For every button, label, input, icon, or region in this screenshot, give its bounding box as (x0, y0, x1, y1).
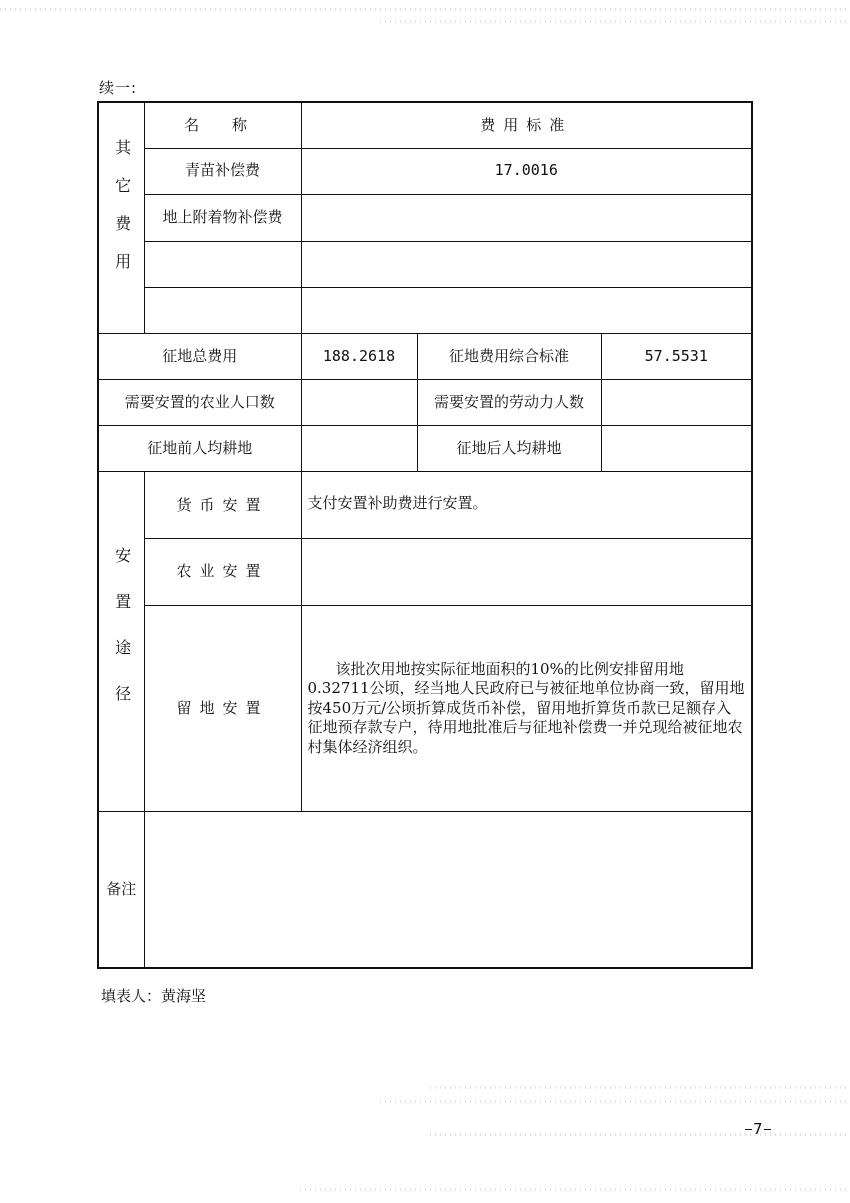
other-fees-section-label: 其它费用 (98, 102, 144, 333)
fee-row: 地上附着物补偿费 (98, 194, 752, 241)
composite-standard-value: 57.5531 (601, 333, 752, 379)
farmland-after-label: 征地后人均耕地 (417, 426, 601, 472)
resettlement-content-reserved-land: 该批次用地按实际征地面积的10%的比例安排留用地0.32711公顷，经当地人民政… (301, 605, 752, 811)
agri-population-value (301, 380, 417, 426)
agri-population-label: 需要安置的农业人口数 (98, 380, 301, 426)
resettlement-section-label: 安置途径 (98, 472, 144, 812)
remarks-label: 备注 (98, 812, 144, 969)
remarks-content (144, 812, 752, 969)
resettlement-label-agricultural: 农业安置 (144, 539, 301, 605)
resettlement-label-reserved-land: 留地安置 (144, 605, 301, 811)
farmland-before-value (301, 426, 417, 472)
labor-count-value (601, 380, 752, 426)
name-column-header: 名 称 (144, 102, 301, 148)
fee-standard (301, 241, 752, 287)
resettlement-label-monetary: 货币安置 (144, 472, 301, 539)
fee-name: 地上附着物补偿费 (144, 194, 301, 241)
total-fee-value: 188.2618 (301, 333, 417, 379)
fee-standard: 17.0016 (301, 148, 752, 194)
fee-row (98, 241, 752, 287)
farmland-after-value (601, 426, 752, 472)
continued-label: 续一: (99, 77, 137, 98)
fee-row (98, 287, 752, 333)
resettlement-content-agricultural (301, 539, 752, 605)
form-filler: 填表人：黄海坚 (101, 985, 206, 1006)
land-acquisition-fee-table: 其它费用 名 称 费用标准 青苗补偿费 17.0016 地上附着物补偿费 征地总… (97, 101, 753, 969)
fee-name: 青苗补偿费 (144, 148, 301, 194)
total-fee-label: 征地总费用 (98, 333, 301, 379)
composite-standard-label: 征地费用综合标准 (417, 333, 601, 379)
farmland-before-label: 征地前人均耕地 (98, 426, 301, 472)
resettlement-content-monetary: 支付安置补助费进行安置。 (301, 472, 752, 539)
labor-count-label: 需要安置的劳动力人数 (417, 380, 601, 426)
fee-name (144, 287, 301, 333)
fee-name (144, 241, 301, 287)
fee-standard (301, 194, 752, 241)
fee-row: 青苗补偿费 17.0016 (98, 148, 752, 194)
standard-column-header: 费用标准 (301, 102, 752, 148)
page-number: 7 (744, 1120, 772, 1138)
fee-standard (301, 287, 752, 333)
